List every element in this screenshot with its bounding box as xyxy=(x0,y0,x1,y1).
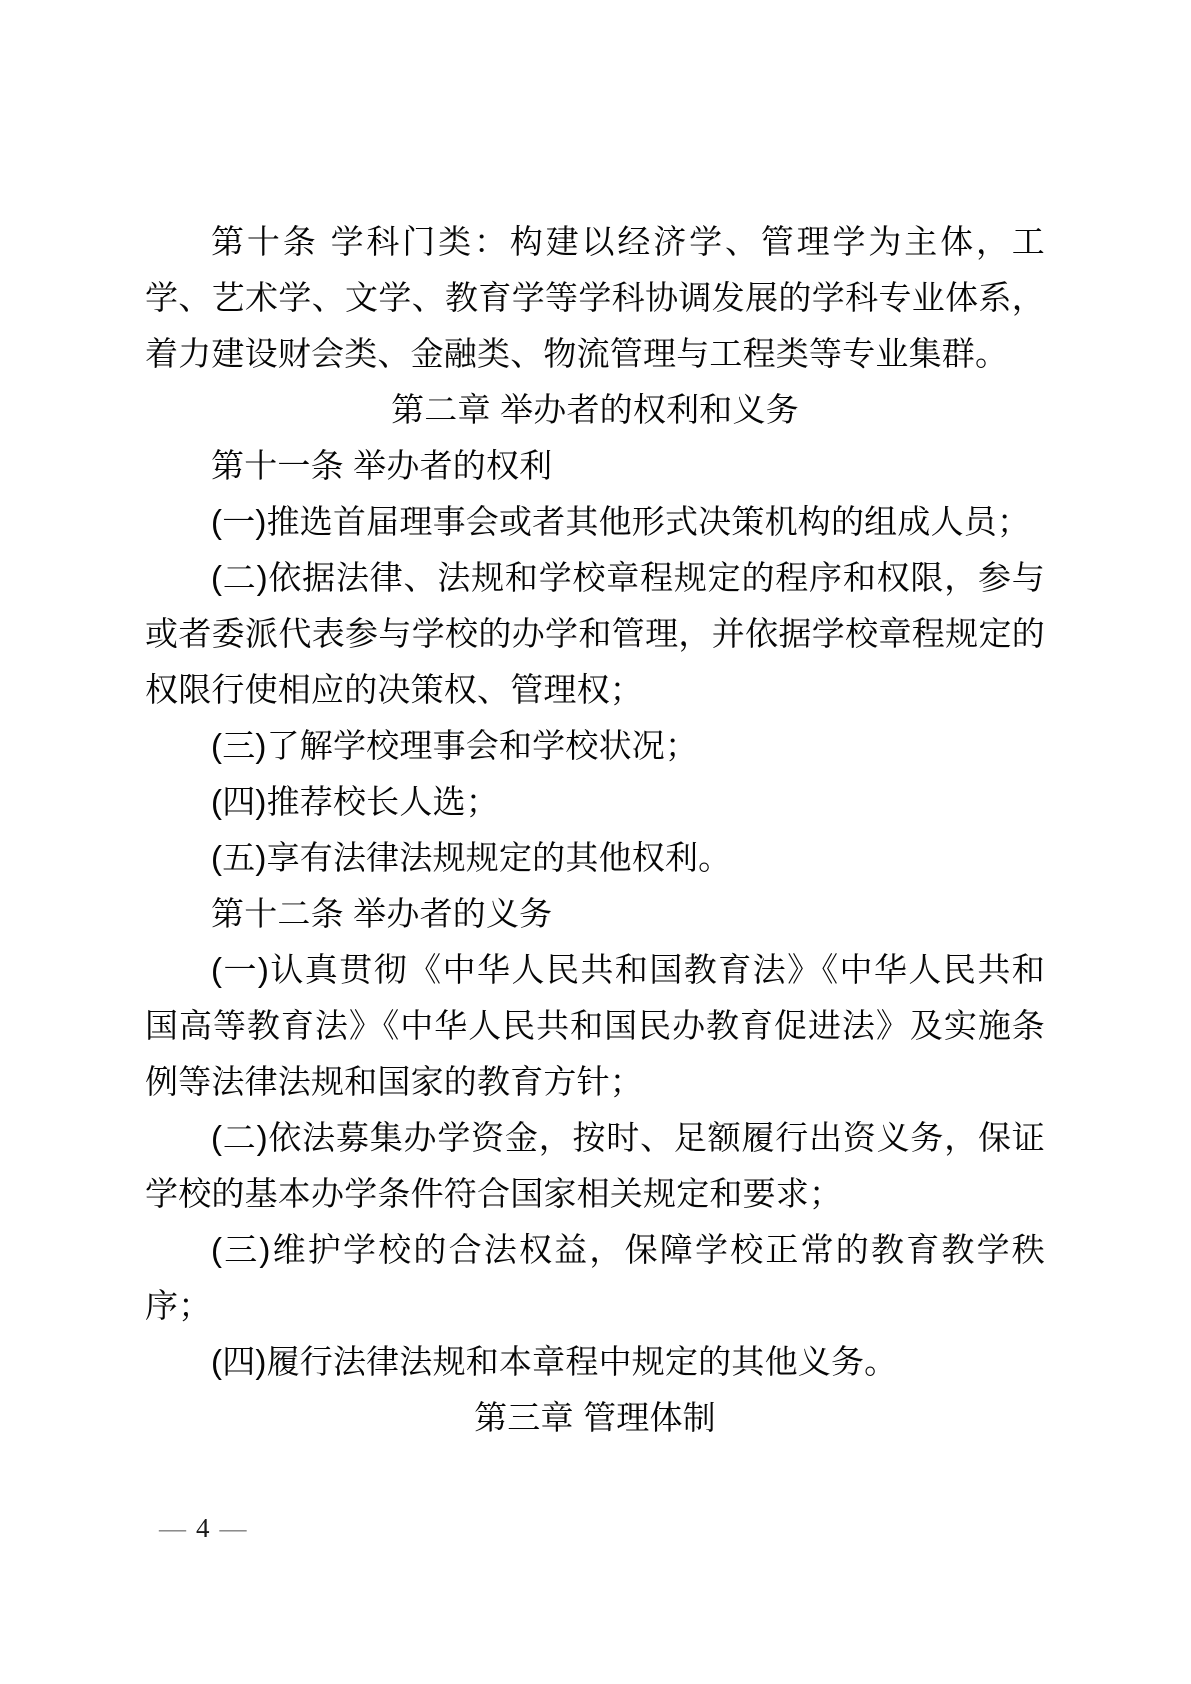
article-11-item-3: (三)了解学校理事会和学校状况； xyxy=(145,718,1045,774)
article-11-item-5: (五)享有法律法规规定的其他权利。 xyxy=(145,830,1045,886)
article-12-item-2: (二)依法募集办学资金，按时、足额履行出资义务，保证学校的基本办学条件符合国家相… xyxy=(145,1110,1045,1222)
article-12-title: 第十二条 举办者的义务 xyxy=(145,886,1045,942)
article-11-item-1: (一)推选首届理事会或者其他形式决策机构的组成人员； xyxy=(145,494,1045,550)
document-page: 第十条 学科门类：构建以经济学、管理学为主体，工学、艺术学、文学、教育学等学科协… xyxy=(0,0,1191,1684)
page-number-left-dash: — xyxy=(153,1513,192,1543)
article-11-item-2: (二)依据法律、法规和学校章程规定的程序和权限，参与或者委派代表参与学校的办学和… xyxy=(145,550,1045,718)
article-10-paragraph: 第十条 学科门类：构建以经济学、管理学为主体，工学、艺术学、文学、教育学等学科协… xyxy=(145,214,1045,382)
document-body: 第十条 学科门类：构建以经济学、管理学为主体，工学、艺术学、文学、教育学等学科协… xyxy=(145,214,1045,1446)
article-11-title: 第十一条 举办者的权利 xyxy=(145,438,1045,494)
chapter-3-heading: 第三章 管理体制 xyxy=(145,1390,1045,1446)
chapter-2-heading: 第二章 举办者的权利和义务 xyxy=(145,382,1045,438)
page-number-value: 4 xyxy=(192,1513,214,1543)
article-12-item-3: (三)维护学校的合法权益，保障学校正常的教育教学秩序； xyxy=(145,1222,1045,1334)
page-number: —4— xyxy=(153,1508,253,1548)
article-12-item-1: (一)认真贯彻《中华人民共和国教育法》《中华人民共和国高等教育法》《中华人民共和… xyxy=(145,942,1045,1110)
page-number-right-dash: — xyxy=(214,1513,253,1543)
article-11-item-4: (四)推荐校长人选； xyxy=(145,774,1045,830)
article-12-item-4: (四)履行法律法规和本章程中规定的其他义务。 xyxy=(145,1334,1045,1390)
